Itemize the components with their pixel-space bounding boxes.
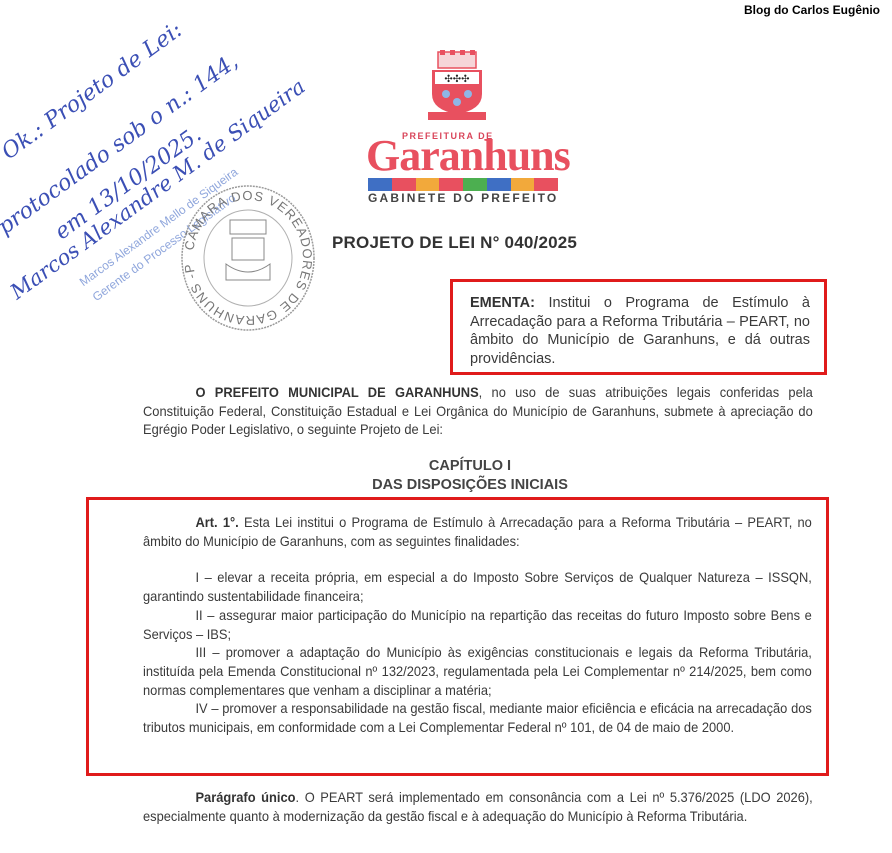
article-body: Esta Lei institui o Programa de Estímulo… [143, 514, 812, 549]
blog-watermark: Blog do Carlos Eugênio [744, 3, 880, 17]
ementa-text: EMENTA: Institui o Programa de Estímulo … [470, 294, 810, 368]
article-item: IV – promover a responsabilidade na gest… [143, 699, 812, 736]
handwritten-line: Ok.: Projeto de Lei: [0, 18, 187, 165]
chapter-number: CAPÍTULO I [330, 457, 610, 476]
stripe-segment [392, 178, 416, 191]
stripe-segment [463, 178, 487, 191]
document-title: PROJETO DE LEI N° 040/2025 [332, 233, 577, 253]
chapter-heading: CAPÍTULO I DAS DISPOSIÇÕES INICIAIS [330, 457, 610, 495]
ementa-highlight-box: EMENTA: Institui o Programa de Estímulo … [450, 279, 827, 375]
intro-bold: O PREFEITO MUNICIPAL DE GARANHUNS [195, 384, 478, 400]
article-item: I – elevar a receita própria, em especia… [143, 568, 812, 605]
stripe-segment [534, 178, 558, 191]
paragrafo-label: Parágrafo único [195, 789, 295, 805]
logo-subtitle: GABINETE DO PREFEITO [368, 191, 558, 205]
prefeitura-logo: ✣✣✣ PREFEITURA DE Garanhuns GABINETE DO … [360, 48, 570, 208]
ementa-label: EMENTA: [470, 295, 535, 311]
stripe-segment [511, 178, 535, 191]
paragrafo-unico: Parágrafo único. O PEART será implementa… [143, 788, 813, 825]
stripe-segment [487, 178, 511, 191]
article-item: II – assegurar maior participação do Mun… [143, 606, 812, 643]
chapter-title: DAS DISPOSIÇÕES INICIAIS [330, 476, 610, 495]
article-label: Art. 1°. [195, 514, 238, 530]
stripe-segment [439, 178, 463, 191]
svg-text:✣✣✣: ✣✣✣ [444, 74, 469, 85]
intro-paragraph: O PREFEITO MUNICIPAL DE GARANHUNS, no us… [143, 383, 813, 439]
camara-seal-icon: CÂMARA DOS VEREADORES DE GARANHUNS -PE- [178, 180, 318, 335]
stripe-segment [368, 178, 392, 191]
logo-color-stripe [368, 178, 558, 191]
article-item: III – promover a adaptação do Município … [143, 643, 812, 699]
stripe-segment [416, 178, 440, 191]
logo-city-name: Garanhuns [366, 130, 570, 181]
city-coat-of-arms-icon: ✣✣✣ [426, 50, 488, 122]
article-1: Art. 1°. Esta Lei institui o Programa de… [143, 513, 812, 737]
